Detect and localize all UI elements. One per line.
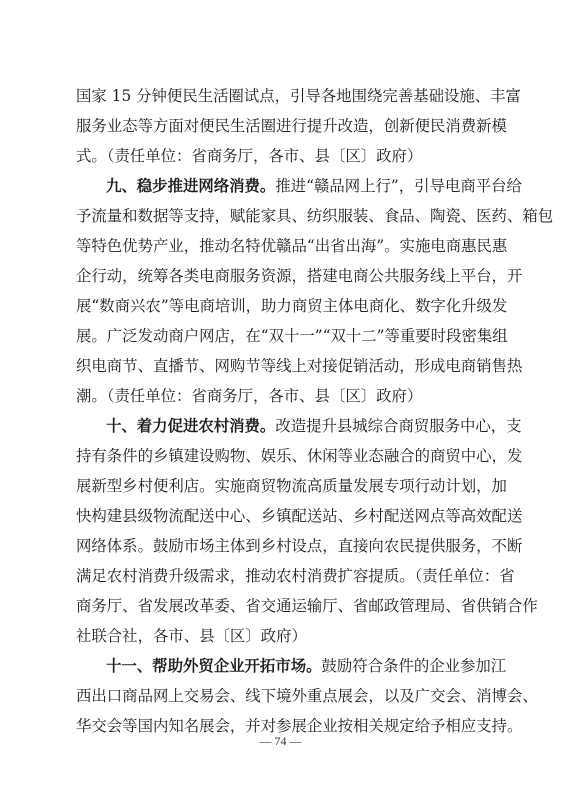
paragraph-line: 网络体系。鼓励市场主体到乡村设点，直接向农民提供服务，不断 xyxy=(76,535,490,557)
paragraph-line: 商务厅、省发展改革委、省交通运输厅、省邮政管理局、省供销合作 xyxy=(76,595,490,617)
paragraph-line: 快构建县级物流配送中心、乡镇配送站、乡村配送网点等高效配送 xyxy=(76,505,490,527)
paragraph-line: 社联合社，各市、县〔区〕政府） xyxy=(76,625,490,647)
paragraph-line: 企行动，统筹各类电商服务资源，搭建电商公共服务线上平台，开 xyxy=(76,265,490,287)
paragraph-line: 等特色优势产业，推动名特优赣品“出省出海”。实施电商惠民惠 xyxy=(76,235,490,257)
section-11-first-line: 十一、帮助外贸企业开拓市场。鼓励符合条件的企业参加江 xyxy=(106,655,490,677)
paragraph-line: 服务业态等方面对便民生活圈进行提升改造，创新便民消费新模 xyxy=(76,115,490,137)
paragraph-line: 展。广泛发动商户网店，在“双十一”“双十二”等重要时段密集组 xyxy=(76,325,490,347)
section-heading: 十、着力促进农村消费。 xyxy=(106,417,275,435)
paragraph-line: 潮。（责任单位：省商务厅，各市、县〔区〕政府） xyxy=(76,385,490,407)
section-heading: 十一、帮助外贸企业开拓市场。 xyxy=(106,657,321,675)
paragraph-line: 满足农村消费升级需求，推动农村消费扩容提质。（责任单位：省 xyxy=(76,565,490,587)
paragraph-line: 式。（责任单位：省商务厅，各市、县〔区〕政府） xyxy=(76,145,490,167)
page-number: — 74 — xyxy=(0,734,561,749)
paragraph-line: 西出口商品网上交易会、线下境外重点展会，以及广交会、消博会、 xyxy=(76,685,490,707)
paragraph-line: 持有条件的乡镇建设购物、娱乐、休闲等业态融合的商贸中心，发 xyxy=(76,445,490,467)
paragraph-line: 展新型乡村便利店。实施商贸物流高质量发展专项行动计划，加 xyxy=(76,475,490,497)
paragraph-text: 改造提升县城综合商贸服务中心，支 xyxy=(275,417,521,435)
paragraph-text: 推进“赣品网上行”，引导电商平台给 xyxy=(275,177,522,195)
section-9-first-line: 九、稳步推进网络消费。推进“赣品网上行”，引导电商平台给 xyxy=(106,175,490,197)
document-page: 国家 15 分钟便民生活圈试点，引导各地围绕完善基础设施、丰富 服务业态等方面对… xyxy=(0,0,561,793)
paragraph-line: 国家 15 分钟便民生活圈试点，引导各地围绕完善基础设施、丰富 xyxy=(76,85,490,107)
paragraph-text: 鼓励符合条件的企业参加江 xyxy=(321,657,506,675)
paragraph-line: 予流量和数据等支持，赋能家具、纺织服装、食品、陶瓷、医药、箱包 xyxy=(76,205,490,227)
section-10-first-line: 十、着力促进农村消费。改造提升县城综合商贸服务中心，支 xyxy=(106,415,490,437)
paragraph-line: 织电商节、直播节、网购节等线上对接促销活动，形成电商销售热 xyxy=(76,355,490,377)
paragraph-line: 展“数商兴农”等电商培训，助力商贸主体电商化、数字化升级发 xyxy=(76,295,490,317)
section-heading: 九、稳步推进网络消费。 xyxy=(106,177,275,195)
